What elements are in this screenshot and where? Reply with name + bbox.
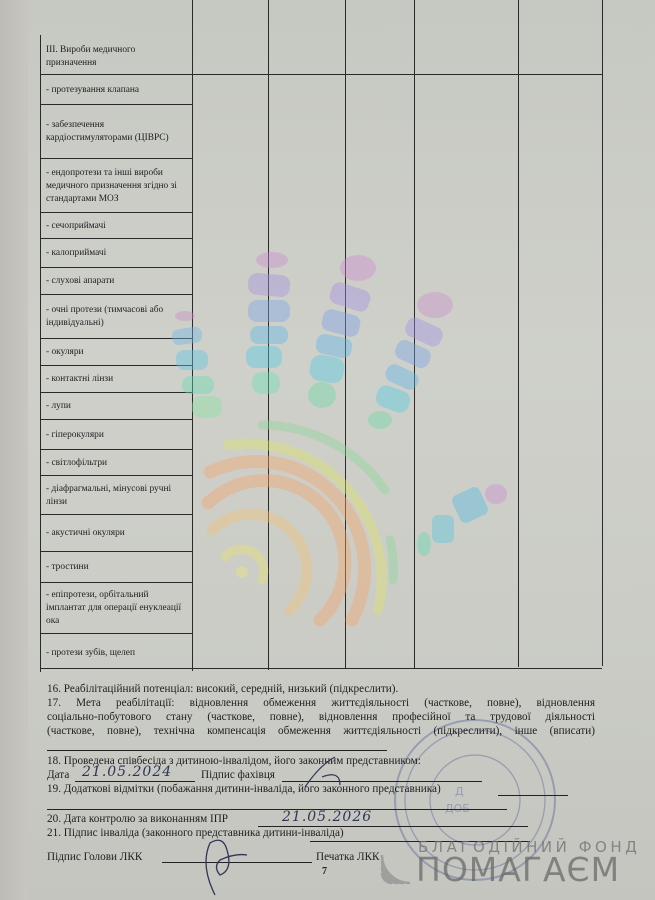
table-cell[interactable] — [416, 551, 517, 582]
table-cell[interactable] — [520, 633, 601, 672]
table-cell[interactable] — [270, 338, 344, 365]
table-cell[interactable] — [416, 514, 517, 551]
table-row-label: - сечоприймачі — [46, 220, 188, 233]
table-cell[interactable] — [270, 514, 344, 551]
item-17-blank-line[interactable] — [47, 750, 387, 751]
page-number: 7 — [322, 866, 327, 877]
table-row-border — [40, 514, 192, 515]
item-17-line-3: (часткове, повне), технічна компенсація … — [47, 724, 595, 738]
table-row-label: - контактні лінзи — [46, 373, 188, 386]
table-row-label: - епіпротези, орбітальний імплантат для … — [46, 589, 188, 628]
table-cell[interactable] — [416, 475, 517, 514]
table-row-label: - забезпечення кардіостимуляторами (ЦІВР… — [46, 119, 188, 145]
table-cell[interactable] — [194, 294, 267, 338]
item-17-line-1: 17. Мета реабілітації: відновлення обмеж… — [47, 696, 595, 710]
table-cell[interactable] — [194, 392, 267, 419]
table-cell[interactable] — [347, 104, 413, 158]
table-cell[interactable] — [347, 267, 413, 294]
table-row-border — [40, 104, 192, 105]
table-cell[interactable] — [416, 294, 517, 338]
table-cell[interactable] — [520, 582, 601, 633]
table-cell[interactable] — [194, 551, 267, 582]
table-cell[interactable] — [194, 38, 267, 74]
table-row-border — [40, 74, 192, 75]
item-17-line-2: соціально-побутового стану (часткове, по… — [47, 710, 595, 724]
table-cell[interactable] — [520, 267, 601, 294]
table-row-label: III. Вироби медичного призначення — [46, 44, 188, 70]
table-cell[interactable] — [194, 633, 267, 672]
specialist-signature-label: Підпис фахівця — [201, 768, 275, 782]
brand-watermark-line2: ПОМАГАЄМ — [416, 850, 620, 889]
item-16-rehab-potential: 16. Реабілітаційний потенціал: високий, … — [47, 682, 398, 696]
table-cell[interactable] — [520, 238, 601, 267]
table-cell[interactable] — [194, 104, 267, 158]
table-cell[interactable] — [416, 238, 517, 267]
table-cell[interactable] — [416, 419, 517, 449]
table-cell[interactable] — [347, 551, 413, 582]
table-column-border — [40, 35, 41, 672]
table-cell[interactable] — [270, 392, 344, 419]
table-row-border — [40, 551, 192, 552]
table-cell[interactable] — [520, 551, 601, 582]
table-row-label: - протези зубів, щелеп — [46, 647, 188, 660]
table-row-label: - акустичні окуляри — [46, 527, 188, 540]
table-cell[interactable] — [270, 74, 344, 104]
table-cell[interactable] — [520, 38, 601, 74]
table-row-label: - лупи — [46, 400, 188, 413]
table-cell[interactable] — [520, 104, 601, 158]
table-row-border — [40, 294, 192, 295]
table-cell[interactable] — [416, 338, 517, 365]
item-19-field-line[interactable] — [498, 795, 568, 796]
table-cell[interactable] — [347, 74, 413, 104]
table-cell[interactable] — [347, 238, 413, 267]
table-row-border — [40, 449, 192, 450]
table-row-border — [40, 238, 192, 239]
table-cell[interactable] — [416, 158, 517, 212]
table-row-border — [40, 158, 192, 159]
table-cell[interactable] — [416, 267, 517, 294]
table-row-label: - очні протези (тимчасові або індивідуал… — [46, 304, 188, 330]
table-cell[interactable] — [416, 392, 517, 419]
table-cell[interactable] — [194, 365, 267, 392]
table-cell[interactable] — [194, 267, 267, 294]
table-cell[interactable] — [347, 338, 413, 365]
item-19-notes: 19. Додаткові відмітки (побажання дитини… — [47, 782, 441, 796]
table-cell[interactable] — [194, 514, 267, 551]
table-cell[interactable] — [270, 419, 344, 449]
table-row-label: - протезування клапана — [46, 84, 188, 97]
table-cell[interactable] — [270, 212, 344, 238]
table-cell[interactable] — [194, 158, 267, 212]
table-row-border — [40, 365, 192, 366]
table-row-label: - тростини — [46, 561, 188, 574]
table-row-label: - калоприймачі — [46, 247, 188, 260]
table-cell[interactable] — [416, 104, 517, 158]
table-cell[interactable] — [270, 633, 344, 672]
table-row-label: - гіперокуляри — [46, 429, 188, 442]
table-cell[interactable] — [270, 365, 344, 392]
table-column-border — [602, 0, 603, 666]
table-row-label: - ендопротези та інші вироби медичного п… — [46, 167, 188, 206]
table-cell[interactable] — [194, 449, 267, 475]
control-date-value[interactable]: 21.05.2026 — [282, 809, 372, 825]
table-cell[interactable] — [520, 449, 601, 475]
table-cell[interactable] — [270, 551, 344, 582]
table-cell[interactable] — [520, 514, 601, 551]
head-signature-label: Підпис Голови ЛКК — [47, 850, 142, 864]
table-cell[interactable] — [194, 419, 267, 449]
table-row-border — [40, 338, 192, 339]
table-cell[interactable] — [347, 514, 413, 551]
table-cell[interactable] — [347, 294, 413, 338]
medical-devices-table: III. Вироби медичного призначення- проте… — [0, 0, 655, 680]
table-row-label: - окуляри — [46, 346, 188, 359]
table-cell[interactable] — [194, 338, 267, 365]
date-field-value[interactable]: 21.05.2024 — [82, 764, 172, 780]
table-cell[interactable] — [270, 582, 344, 633]
table-cell[interactable] — [520, 294, 601, 338]
table-cell[interactable] — [270, 104, 344, 158]
table-cell[interactable] — [520, 419, 601, 449]
table-cell[interactable] — [520, 74, 601, 104]
table-row-border — [40, 419, 192, 420]
table-cell[interactable] — [520, 475, 601, 514]
table-cell[interactable] — [270, 38, 344, 74]
table-cell[interactable] — [347, 38, 413, 74]
table-cell[interactable] — [347, 475, 413, 514]
table-cell[interactable] — [194, 582, 267, 633]
table-cell[interactable] — [194, 74, 267, 104]
table-cell[interactable] — [270, 449, 344, 475]
table-cell[interactable] — [520, 365, 601, 392]
table-cell[interactable] — [416, 74, 517, 104]
table-cell[interactable] — [416, 38, 517, 74]
item-19-blank-line[interactable] — [47, 809, 507, 810]
table-cell[interactable] — [194, 238, 267, 267]
table-row-label: - світлофільтри — [46, 457, 188, 470]
table-cell[interactable] — [270, 158, 344, 212]
table-cell[interactable] — [347, 212, 413, 238]
table-cell[interactable] — [347, 392, 413, 419]
table-row-border — [40, 475, 192, 476]
table-cell[interactable] — [347, 419, 413, 449]
table-cell[interactable] — [416, 633, 517, 672]
table-cell[interactable] — [520, 392, 601, 419]
table-cell[interactable] — [347, 633, 413, 672]
table-cell[interactable] — [347, 582, 413, 633]
table-cell[interactable] — [347, 365, 413, 392]
head-signature-icon — [195, 835, 250, 900]
table-cell[interactable] — [416, 582, 517, 633]
stamp-label: Печатка ЛКК — [316, 850, 380, 864]
date-label: Дата — [47, 768, 69, 782]
table-cell[interactable] — [416, 212, 517, 238]
table-cell[interactable] — [520, 212, 601, 238]
table-row-label: - діафрагмальні, мінусові ручні лінзи — [46, 483, 188, 509]
item-20-control-date-label: 20. Дата контролю за виконанням ІПР — [47, 812, 228, 826]
table-cell[interactable] — [347, 449, 413, 475]
table-cell[interactable] — [416, 449, 517, 475]
table-row-border — [40, 392, 192, 393]
table-row-label: - слухові апарати — [46, 275, 188, 288]
table-row-border — [40, 212, 192, 213]
table-cell[interactable] — [347, 158, 413, 212]
table-row-border — [40, 267, 192, 268]
table-cell[interactable] — [194, 475, 267, 514]
table-cell[interactable] — [270, 238, 344, 267]
table-cell[interactable] — [416, 365, 517, 392]
table-row-border — [40, 633, 192, 634]
table-cell[interactable] — [270, 294, 344, 338]
table-row-border — [40, 582, 192, 583]
table-cell[interactable] — [270, 267, 344, 294]
table-cell[interactable] — [194, 212, 267, 238]
table-cell[interactable] — [520, 158, 601, 212]
table-cell[interactable] — [520, 338, 601, 365]
table-cell[interactable] — [270, 475, 344, 514]
